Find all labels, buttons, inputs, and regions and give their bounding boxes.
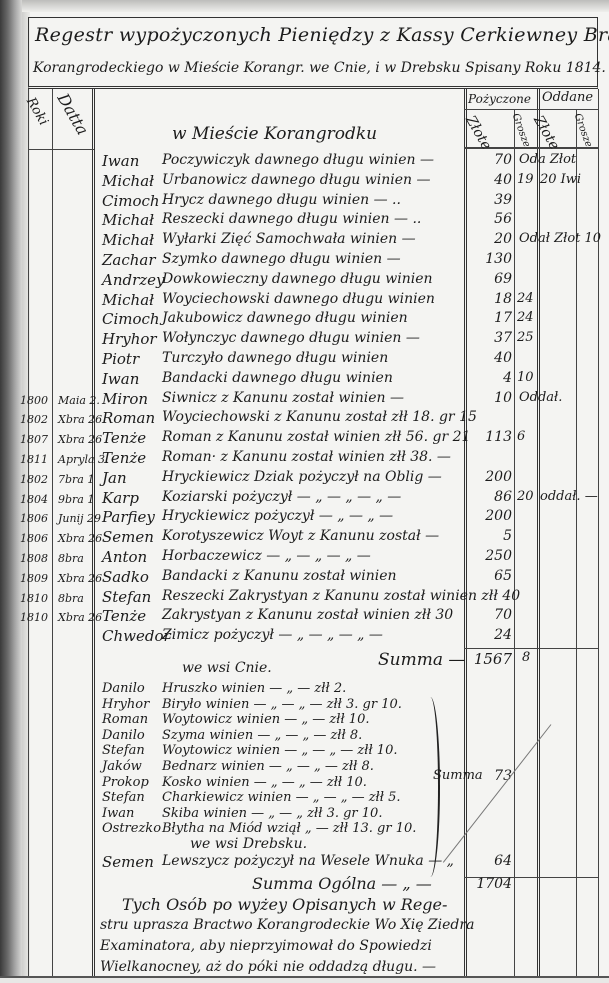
first-name: Michał <box>102 211 154 229</box>
header-returned: Oddane <box>542 90 593 105</box>
first-name: Semen <box>102 853 154 871</box>
entry-year: 1808 <box>20 552 48 565</box>
page-top-edge <box>22 0 609 12</box>
table-row: 1802Xbra 26RomanWoyciechowski z Kanunu z… <box>0 409 609 429</box>
section-title-town: w Mieście Korangrodku <box>172 124 377 144</box>
entry-year: 1800 <box>20 394 48 407</box>
rule-header-left <box>28 149 94 150</box>
entry-text: Hryckiewicz Dziak pożyczył na Oblig — <box>162 469 442 485</box>
entry-date: Aprylа 3. <box>58 453 109 466</box>
entry-text: Hruszko winien — „ — złł 2. <box>162 681 346 696</box>
first-name: Hryhor <box>102 697 149 712</box>
table-row: HryhorWołynczyc dawnego długu winien —37… <box>0 330 609 350</box>
entry-text: Dowkowieczny dawnego długu winien <box>162 271 433 287</box>
entry-date: Maia 2. <box>58 394 100 407</box>
entry-text: Korotyszewicz Woyt z Kanunu został — <box>162 528 439 544</box>
returned-note: Oddał. <box>519 390 562 405</box>
first-name: Parfiey <box>102 508 155 526</box>
entry-date: Xbra 26 <box>58 433 102 446</box>
first-name: Stefan <box>102 743 145 758</box>
first-name: Ostrezko <box>102 821 161 836</box>
amount-grosze: 20 <box>517 489 539 504</box>
document-subtitle: Korangrodeckiego w Mieście Korangr. we C… <box>33 60 606 76</box>
first-name: Tenże <box>102 429 146 447</box>
entry-date: 7bra 1 <box>58 473 94 486</box>
first-name: Cimoch <box>102 192 160 210</box>
header-borrowed-grosze: Grosze <box>510 112 532 149</box>
first-name: Piotr <box>102 350 139 368</box>
entry-text: Hryckiewicz pożyczył — „ — „ — <box>162 508 393 524</box>
first-name: Iwan <box>102 152 139 170</box>
amount-zlote: 17 <box>462 310 512 326</box>
first-name: Roman <box>102 409 155 427</box>
table-row: CimochJakubowicz dawnego długu winien172… <box>0 310 609 330</box>
footer-line: Wielkanocney, aż do póki nie oddadzą dłu… <box>100 957 472 978</box>
entry-text: Turczyło dawnego długu winien <box>162 350 388 366</box>
table-row: ZacharSzymko dawnego długu winien —130 <box>0 251 609 271</box>
entry-text: Wyłarki Zięć Samochwała winien — <box>162 231 416 247</box>
amount-grosze: 19 <box>517 172 539 187</box>
amount-grosze: 24 <box>517 291 539 306</box>
summa-grosze: 8 <box>522 650 544 665</box>
entry-date: 9bra 1 <box>58 493 94 506</box>
entry-text: Woyciechowski z Kanunu został złł 18. gr… <box>162 409 477 425</box>
table-row: 1809Xbra 26SadkoBandacki z Kanunu został… <box>0 568 609 588</box>
entry-text: Szymko dawnego długu winien — <box>162 251 401 267</box>
section-title-village: we wsi Cnie. <box>182 660 272 676</box>
entry-date: Xbra 26 <box>58 532 102 545</box>
amount-zlote: 200 <box>462 469 512 485</box>
amount-zlote: 40 <box>462 172 512 188</box>
amount-zlote: 10 <box>462 390 512 406</box>
entry-text: Siwnicz z Kanunu został winien — <box>162 390 404 406</box>
amount-grosze: 24 <box>517 310 539 325</box>
entry-text: Roman· z Kanunu został winien złł 38. — <box>162 449 451 465</box>
first-name: Jan <box>102 469 127 487</box>
first-name: Hryhor <box>102 330 157 348</box>
table-row: 1806Xbra 26SemenKorotyszewicz Woyt z Kan… <box>0 528 609 548</box>
rule-header-sub <box>464 109 598 110</box>
entry-text: Koziarski pożyczył — „ — „ — „ — <box>162 489 401 505</box>
returned-note: 20 Iwi <box>540 172 581 187</box>
first-name: Karp <box>102 489 139 507</box>
header-date: Datta <box>54 90 93 138</box>
table-row: MichałReszecki dawnego długu winien — ..… <box>0 211 609 231</box>
table-row: AndrzeyDowkowieczny dawnego długu winien… <box>0 271 609 291</box>
table-row: IwanPoczywiczyk dawnego długu winien —70… <box>0 152 609 172</box>
entry-date: Xbra 26 <box>58 611 102 624</box>
table-row: Semen Lewszycz pożyczył na Wesele Wnuka … <box>0 853 609 873</box>
footer-line: stru uprasza Bractwo Korangrodeckie Wo X… <box>100 915 472 936</box>
entry-year: 1806 <box>20 512 48 525</box>
first-name: Tenże <box>102 607 146 625</box>
table-row: MichałWyłarki Zięć Samochwała winien —20… <box>0 231 609 251</box>
amount-zlote: 64 <box>462 853 512 869</box>
table-row: IwanBandacki dawnego długu winien410 <box>0 370 609 390</box>
first-name: Michał <box>102 172 154 190</box>
table-row: 1800Maia 2.MironSiwnicz z Kanunu został … <box>0 390 609 410</box>
document-title: Regestr wypożyczonych Pieniędzy z Kassy … <box>35 24 609 46</box>
amount-zlote: 18 <box>462 291 512 307</box>
entry-text: Bandacki dawnego długu winien <box>162 370 393 386</box>
entry-year: 1807 <box>20 433 48 446</box>
table-row: PiotrTurczyło dawnego długu winien40 <box>0 350 609 370</box>
first-name: Danilo <box>102 681 145 696</box>
entry-text: Woyciechowski dawnego długu winien <box>162 291 435 307</box>
footer-line: Examinatora, aby nieprzyimował do Spowie… <box>100 936 472 957</box>
entry-text: Reszecki Zakrystyan z Kanunu został wini… <box>162 588 520 604</box>
entry-text: Bandacki z Kanunu został winien <box>162 568 397 584</box>
title-box: Regestr wypożyczonych Pieniędzy z Kassy … <box>28 17 598 89</box>
entry-text: Reszecki dawnego długu winien — .. <box>162 211 421 227</box>
amount-zlote: 69 <box>462 271 512 287</box>
first-name: Danilo <box>102 728 145 743</box>
amount-zlote: 37 <box>462 330 512 346</box>
entry-year: 1804 <box>20 493 48 506</box>
first-name: Jaków <box>102 759 142 774</box>
entry-text: Poczywiczyk dawnego długu winien — <box>162 152 434 168</box>
entry-year: 1802 <box>20 413 48 426</box>
amount-grosze: 10 <box>517 370 539 385</box>
table-row: 1807Xbra 26TenżeRoman z Kanunu został wi… <box>0 429 609 449</box>
grand-total-label: Summa Ogólna — „ — <box>252 874 432 893</box>
amount-zlote: 4 <box>462 370 512 386</box>
entry-year: 1809 <box>20 572 48 585</box>
table-row: 1810Xbra 26TenżeZakrystyan z Kanunu zost… <box>0 607 609 627</box>
entry-year: 1810 <box>20 592 48 605</box>
amount-zlote: 40 <box>462 350 512 366</box>
table-row: CimochHrycz dawnego długu winien — ..39 <box>0 192 609 212</box>
amount-grosze: 6 <box>517 429 539 444</box>
entry-year: 1802 <box>20 473 48 486</box>
table-row: MichałWoyciechowski dawnego długu winien… <box>0 291 609 311</box>
amount-zlote: 130 <box>462 251 512 267</box>
amount-zlote: 70 <box>462 607 512 623</box>
entry-year: 1810 <box>20 611 48 624</box>
entry-text: Roman z Kanunu został winien złł 56. gr … <box>162 429 470 445</box>
entry-text: Szyma winien — „ — „ — złł 8. <box>162 728 362 743</box>
entry-text: Woytowicz winien — „ — złł 10. <box>162 712 369 727</box>
amount-zlote: 86 <box>462 489 512 505</box>
first-name: Anton <box>102 548 147 566</box>
entry-year: 1806 <box>20 532 48 545</box>
entry-text: Bednarz winien — „ — „ — złł 8. <box>162 759 374 774</box>
entry-text: Kosko winien — „ — „ — złł 10. <box>162 775 367 790</box>
page-bottom-edge <box>0 978 609 983</box>
first-name: Michał <box>102 291 154 309</box>
first-name: Roman <box>102 712 148 727</box>
rule-summa <box>464 648 598 649</box>
table-row: ChwedorZimicz pożyczył — „ — „ — „ —24 <box>0 627 609 647</box>
first-name: Stefan <box>102 588 151 606</box>
returned-note: oddał. — <box>540 489 598 504</box>
amount-zlote: 5 <box>462 528 512 544</box>
entry-year: 1811 <box>20 453 48 466</box>
entry-date: Junij 29 <box>58 512 101 525</box>
table-row: 18027bra 1JanHryckiewicz Dziak pożyczył … <box>0 469 609 489</box>
amount-zlote: 70 <box>462 152 512 168</box>
header-borrowed: Pożyczone <box>468 92 531 106</box>
amount-zlote: 250 <box>462 548 512 564</box>
entry-text: Jakubowicz dawnego długu winien <box>162 310 408 326</box>
table-row: 18049bra 1KarpKoziarski pożyczył — „ — „… <box>0 489 609 509</box>
first-name: Prokop <box>102 775 149 790</box>
first-name: Tenże <box>102 449 146 467</box>
entry-text: Lewszycz pożyczył na Wesele Wnuka — „ <box>162 853 454 869</box>
entry-text: Zakrystyan z Kanunu został winien złł 30 <box>162 607 453 623</box>
first-name: Michał <box>102 231 154 249</box>
first-name: Iwan <box>102 806 134 821</box>
returned-note: Oda Złot <box>519 152 576 167</box>
first-name: Stefan <box>102 790 145 805</box>
table-row: 1811Aprylа 3.TenżeRoman· z Kanunu został… <box>0 449 609 469</box>
entry-text: Woytowicz winien — „ — „ — złł 10. <box>162 743 397 758</box>
entry-text: Zimicz pożyczył — „ — „ — „ — <box>162 627 383 643</box>
first-name: Sadko <box>102 568 149 586</box>
first-name: Semen <box>102 528 154 546</box>
amount-zlote: 39 <box>462 192 512 208</box>
table-row: 18108braStefanReszecki Zakrystyan z Kanu… <box>0 588 609 608</box>
header-returned-grosze: Grosze <box>572 112 594 149</box>
returned-note: Odał Złot 10 <box>519 231 601 246</box>
table-row: MichałUrbanowicz dawnego długu winien —4… <box>0 172 609 192</box>
entry-text: Charkiewicz winien — „ — „ — złł 5. <box>162 790 401 805</box>
summa-label: Summa — <box>378 650 465 670</box>
amount-zlote: 65 <box>462 568 512 584</box>
entry-text: Horbaczewicz — „ — „ — „ — <box>162 548 371 564</box>
table-row: 1806Junij 29ParfieyHryckiewicz pożyczył … <box>0 508 609 528</box>
amount-zlote: 113 <box>462 429 512 445</box>
entry-text: Błytha na Miód wziął „ — złł 13. gr 10. <box>162 821 416 836</box>
entry-date: Xbra 26 <box>58 572 102 585</box>
entry-date: 8bra <box>58 552 84 565</box>
entry-text: Biryło winien — „ — „ — złł 3. gr 10. <box>162 697 402 712</box>
entry-text: Hrycz dawnego długu winien — .. <box>162 192 401 208</box>
entry-date: 8bra <box>58 592 84 605</box>
entry-text: Urbanowicz dawnego długu winien — <box>162 172 430 188</box>
first-name: Andrzey <box>102 271 165 289</box>
amount-zlote: 20 <box>462 231 512 247</box>
first-name: Zachar <box>102 251 156 269</box>
footer-line: Tych Osób po wyżey Opisanych w Rege- <box>100 894 472 915</box>
summa-amount: 1567 <box>462 650 512 668</box>
first-name: Miron <box>102 390 148 408</box>
section-title-drebsk: we wsi Drebsku. <box>190 836 307 852</box>
first-name: Iwan <box>102 370 139 388</box>
table-row: 18088braAntonHorbaczewicz — „ — „ — „ —2… <box>0 548 609 568</box>
amount-zlote: 24 <box>462 627 512 643</box>
first-name: Cimoch <box>102 310 160 328</box>
entry-date: Xbra 26 <box>58 413 102 426</box>
entry-text: Wołynczyc dawnego długu winien — <box>162 330 420 346</box>
first-name: Chwedor <box>102 627 171 645</box>
grand-total-amount: 1704 <box>462 876 512 892</box>
amount-grosze: 25 <box>517 330 539 345</box>
footer-note: Tych Osób po wyżey Opisanych w Rege- str… <box>100 894 472 978</box>
amount-zlote: 200 <box>462 508 512 524</box>
amount-zlote: 56 <box>462 211 512 227</box>
entry-text: Skiba winien — „ — „ złł 3. gr 10. <box>162 806 382 821</box>
